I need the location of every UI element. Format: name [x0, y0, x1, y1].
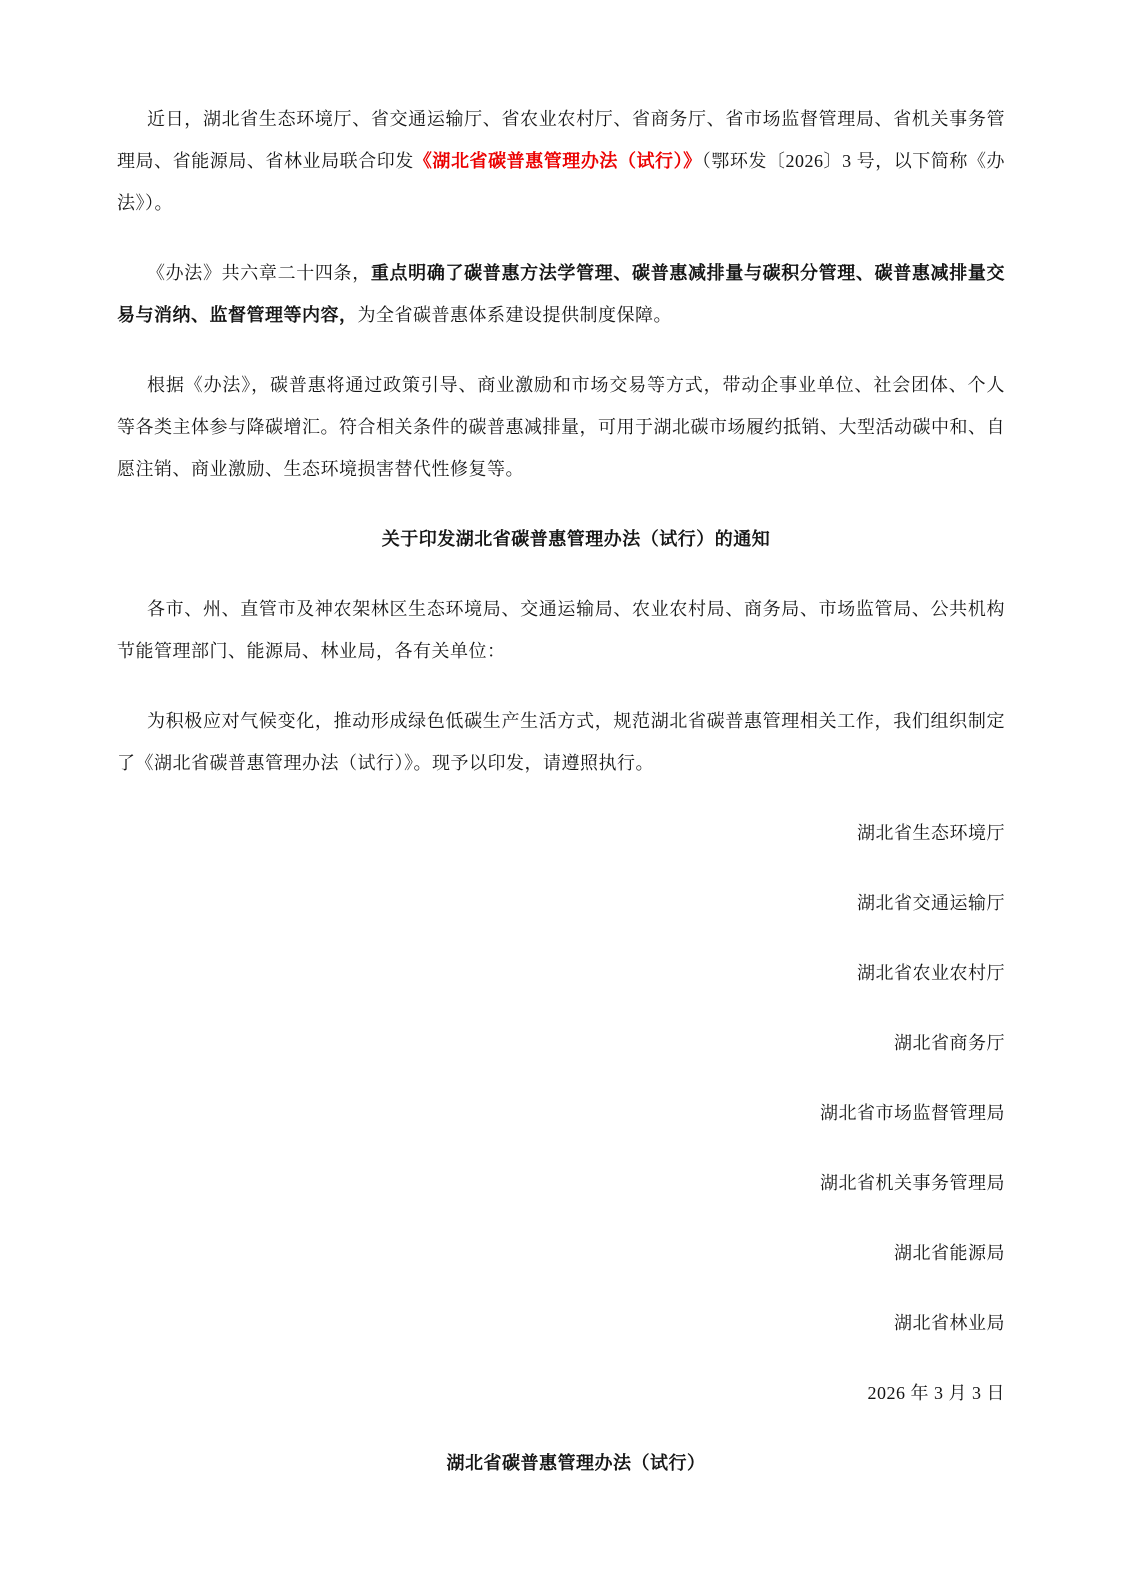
body-paragraph: 为积极应对气候变化，推动形成绿色低碳生产生活方式，规范湖北省碳普惠管理相关工作，…: [117, 700, 1005, 784]
signature-line: 湖北省机关事务管理局: [117, 1162, 1005, 1204]
intro-paragraph: 近日，湖北省生态环境厅、省交通运输厅、省农业农村厅、省商务厅、省市场监督管理局、…: [117, 98, 1005, 224]
signature-line: 湖北省林业局: [117, 1302, 1005, 1344]
date-line: 2026 年 3 月 3 日: [117, 1372, 1005, 1414]
mechanism-paragraph: 根据《办法》，碳普惠将通过政策引导、商业激励和市场交易等方式，带动企事业单位、社…: [117, 364, 1005, 490]
notice-title: 关于印发湖北省碳普惠管理办法（试行）的通知: [117, 518, 1005, 560]
signature-line: 湖北省交通运输厅: [117, 882, 1005, 924]
signature-line: 湖北省市场监督管理局: [117, 1092, 1005, 1134]
signature-line: 湖北省农业农村厅: [117, 952, 1005, 994]
signature-line: 湖北省能源局: [117, 1232, 1005, 1274]
summary-paragraph: 《办法》共六章二十四条，重点明确了碳普惠方法学管理、碳普惠减排量与碳积分管理、碳…: [117, 252, 1005, 336]
red-document-title: 《湖北省碳普惠管理办法（试行）》: [414, 151, 702, 171]
recipients-paragraph: 各市、州、直管市及神农架林区生态环境局、交通运输局、农业农村局、商务局、市场监管…: [117, 588, 1005, 672]
measures-title: 湖北省碳普惠管理办法（试行）: [117, 1442, 1005, 1484]
summary-tail-text: 为全省碳普惠体系建设提供制度保障。: [358, 305, 673, 325]
signature-line: 湖北省生态环境厅: [117, 812, 1005, 854]
document-page: 近日，湖北省生态环境厅、省交通运输厅、省农业农村厅、省商务厅、省市场监督管理局、…: [0, 0, 1122, 1587]
summary-lead-text: 《办法》共六章二十四条，: [147, 263, 371, 283]
signature-line: 湖北省商务厅: [117, 1022, 1005, 1064]
